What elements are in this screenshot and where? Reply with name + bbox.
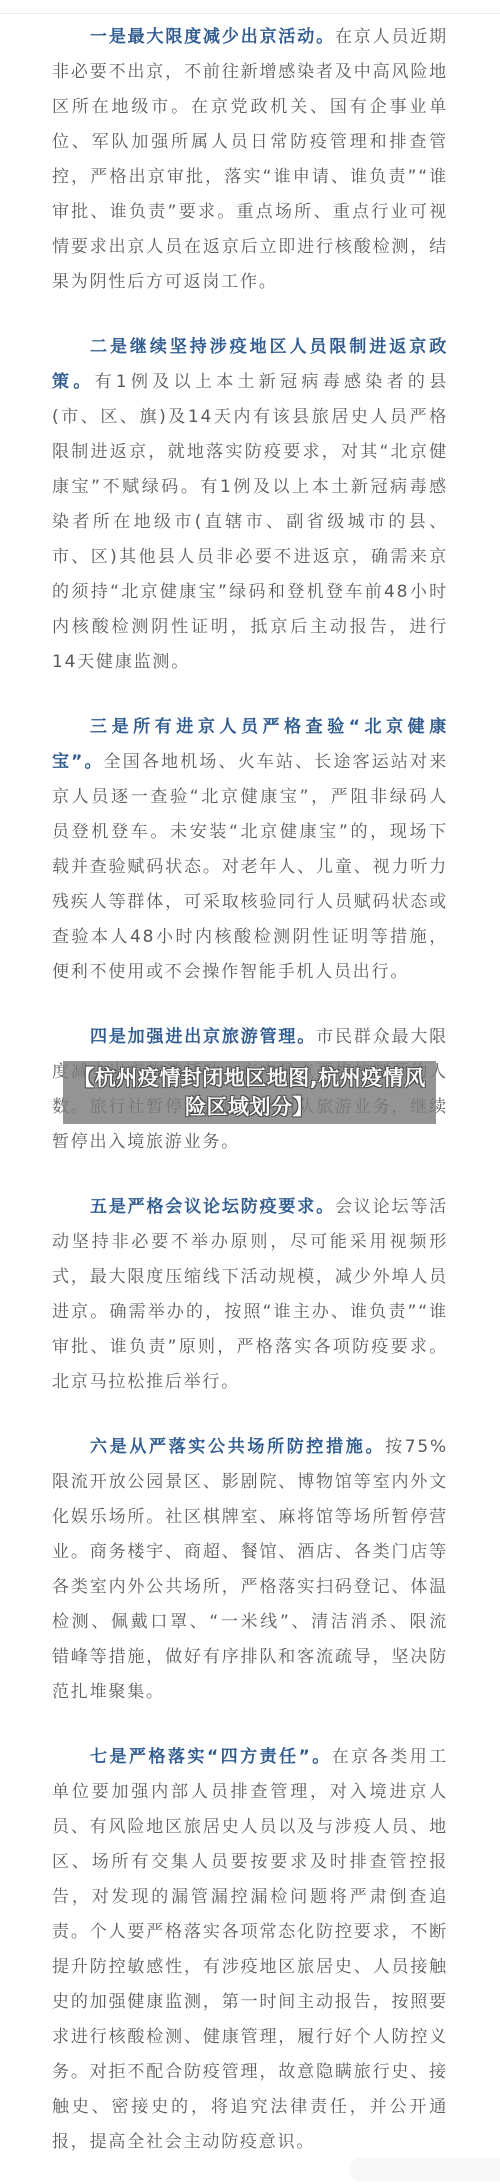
paragraph-heading: 四是加强进出京旅游管理。 [90,1027,316,1047]
watermark-text: 【杭州疫情封闭地区地图,杭州疫情风险区域划分】 [65,1064,434,1122]
watermark-remnant [350,2158,500,2182]
watermark-overlay: 【杭州疫情封闭地区地图,杭州疫情风险区域划分】 [63,1061,436,1124]
notice-paragraph-6: 六是从严落实公共场所防控措施。按75%限流开放公园景区、影剧院、博物馆等室内外文… [52,1430,448,1710]
notice-paragraph-3: 三是所有进京人员严格查验“北京健康宝”。全国各地机场、火车站、长途客运站对来京人… [52,710,448,990]
paragraph-body: 有1例及以上本土新冠病毒感染者的县(市、区、旗)及14天内有该县旅居史人员严格限… [52,372,448,672]
paragraph-heading: 七是严格落实“四方责任”。 [90,1747,332,1767]
paragraph-heading: 六是从严落实公共场所防控措施。 [90,1437,385,1457]
paragraph-body: 在京各类用工单位要加强内部人员排查管理，对入境进京人员、有风险地区旅居史人员以及… [52,1747,448,2152]
paragraph-body: 在京人员近期非必要不出京，不前往新增感染者及中高风险地区所在地级市。在京党政机关… [52,27,448,292]
notice-paragraph-1: 一是最大限度减少出京活动。在京人员近期非必要不出京，不前往新增感染者及中高风险地… [52,20,448,300]
paragraph-heading: 一是最大限度减少出京活动。 [90,27,335,47]
paragraph-heading: 五是严格会议论坛防疫要求。 [90,1197,335,1217]
paragraph-body: 全国各地机场、火车站、长途客运站对来京人员逐一查验“北京健康宝”，严阻非绿码人员… [52,752,448,982]
paragraph-body: 会议论坛等活动坚持非必要不举办原则，尽可能采用视频形式，最大限度压缩线下活动规模… [52,1197,448,1392]
notice-paragraph-7: 七是严格落实“四方责任”。在京各类用工单位要加强内部人员排查管理，对入境进京人员… [52,1740,448,2160]
paragraph-body: 按75%限流开放公园景区、影剧院、博物馆等室内外文化娱乐场所。社区棋牌室、麻将馆… [52,1437,448,1702]
notice-paragraph-2: 二是继续坚持涉疫地区人员限制进返京政策。有1例及以上本土新冠病毒感染者的县(市、… [52,330,448,680]
notice-paragraph-5: 五是严格会议论坛防疫要求。会议论坛等活动坚持非必要不举办原则，尽可能采用视频形式… [52,1190,448,1400]
page: { "colors": { "heading": "#2f5a8f", "bod… [0,0,500,2184]
